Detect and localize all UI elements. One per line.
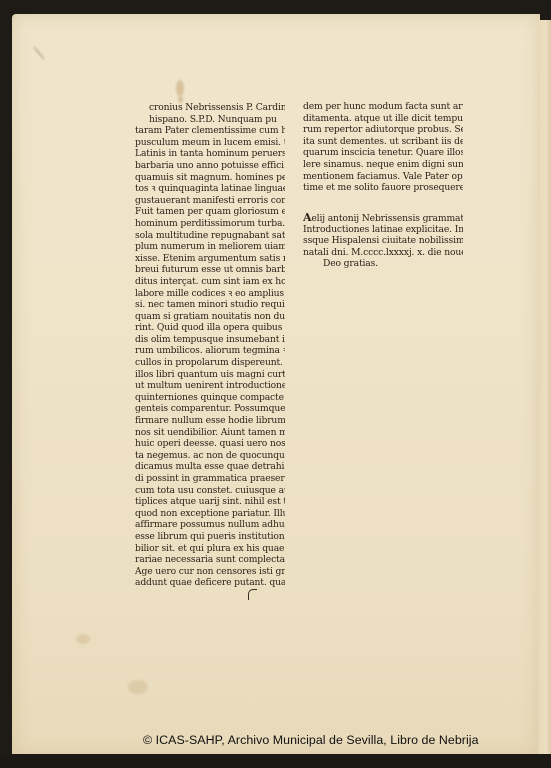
text-line: plum numerum in meliorem uiam redu — [135, 241, 285, 253]
text-line: genteis comparentur. Possumque illud a — [135, 403, 285, 415]
text-line: rum repertor adiutorque probus. Sed non — [303, 124, 463, 136]
text-line: esse librum qui pueris institutionis con… — [135, 531, 285, 543]
text-line: dem per hunc modum facta sunt artium ad — [303, 101, 463, 113]
text-line: cullos in propolarum dispereunt. Cunque — [135, 357, 285, 369]
text-line: ditamenta. atque ut ille dicit tempus es… — [303, 113, 463, 125]
text-line: mentionem faciamus. Vale Pater op — [303, 171, 463, 183]
text-line: dis olim tempusque insumebant in libro — [135, 334, 285, 346]
text-line: ut multum uenirent introductiones nostra… — [135, 380, 285, 392]
text-line: hispano. S.P.D. Nunquam pu — [135, 114, 285, 126]
text-line: firmare nullum esse hodie librum qui apu… — [135, 415, 285, 427]
text-line: bilior sit. et qui plura ex his quae rei… — [135, 543, 285, 555]
text-column-right: dem per hunc modum facta sunt artium ad … — [303, 101, 463, 194]
text-line: dicamus multa esse quae detrahi atque ad — [135, 461, 285, 473]
text-line: ita sunt dementes. ut scribant iis de re… — [303, 136, 463, 148]
text-line: quinterniones quinque compacte sex ar — [135, 392, 285, 404]
copyright-watermark: © ICAS-SAHP, Archivo Municipal de Sevill… — [143, 733, 479, 747]
text-line: gustauerant manifesti erroris conuincere — [135, 195, 285, 207]
stain-mark — [76, 634, 90, 644]
text-line: tiplices atque uarij sint. nihil est tan… — [135, 496, 285, 508]
text-line: addunt quae deficere putant. quando qui — [135, 577, 285, 589]
text-line: breui futurum esse ut omnis barbaria fun — [135, 264, 285, 276]
stain-mark — [176, 80, 184, 96]
text-line: cronius Nebrissensis P. Cardina — [135, 102, 285, 114]
text-line: hominum perditissimorum turba. ꝛ qui — [135, 218, 285, 230]
scan-border — [0, 754, 551, 768]
text-line: nos sit uendibilior. Aiunt tamen multa — [135, 427, 285, 439]
colophon-line: natali dni. M.cccc.lxxxxj. x. die nouemb… — [303, 247, 463, 259]
text-line: lere sinamus. neque enim digni sunt. quo… — [303, 159, 463, 171]
ink-mark — [248, 589, 257, 600]
colophon-line: Aelij antonij Nebrissensis grammatici — [303, 212, 463, 224]
text-column-left: cronius Nebrissensis P. Cardina hispano.… — [135, 102, 285, 589]
text-line: ditus interçat. cum sint iam ex hoc nost… — [135, 276, 285, 288]
colophon: Aelij antonij Nebrissensis grammatici In… — [303, 212, 463, 270]
text-line: rum umbilicos. aliorum tegmina ꝛ cu — [135, 345, 285, 357]
text-line: Latinis in tanta hominum peruersitate at… — [135, 148, 285, 160]
text-line: time et me solito fauore prosequere. — [303, 182, 463, 194]
colophon-line: Introductiones latinae explicitae. Impra… — [303, 224, 463, 236]
text-line: labore mille codices ꝛ eo amplius impres — [135, 288, 285, 300]
text-line: pusculum meum in lucem emisi. tantum ut — [135, 137, 285, 149]
text-line: illos libri quantum uis magni curto cetu… — [135, 369, 285, 381]
text-line: quod non exceptione pariatur. Illud tame… — [135, 508, 285, 520]
text-line: cum tota usu constet. cuiusque auctores … — [135, 485, 285, 497]
text-line: tos ꝛ quinquaginta latinae linguae delic… — [135, 183, 285, 195]
colophon-line: ssque Hispalensi ciuitate nobilissima. a… — [303, 235, 463, 247]
text-line: quarum inscicia tenetur. Quare illos ua — [303, 147, 463, 159]
text-line: si. nec tamen minori studio requirantur — [135, 299, 285, 311]
text-line: rint. Quid quod illa opera quibus edisce — [135, 322, 285, 334]
stain-mark — [128, 680, 148, 694]
text-line: di possint in grammatica praesertim quae — [135, 473, 285, 485]
text-line: barbaria uno anno potuisse effici. Et qu… — [135, 160, 285, 172]
text-line: quamuis sit magnum. homines perdi — [135, 172, 285, 184]
text-line: affirmare possumus nullum adhuc aeditum — [135, 519, 285, 531]
page-edge — [538, 20, 551, 755]
text-line: rariae necessaria sunt complectatur. — [135, 554, 285, 566]
text-line: Age uero cur non censores isti grauissim… — [135, 566, 285, 578]
text-line: quam si gratiam nouitatis non dum exue — [135, 311, 285, 323]
text-line: ta negemus. ac non de quocunque libro id — [135, 450, 285, 462]
stain-mark — [32, 45, 45, 60]
text-line: xisse. Etenim argumentum satis magnum — [135, 253, 285, 265]
text-line: Fuit tamen per quam gloriosum ex tanta — [135, 206, 285, 218]
colophon-line: Deo gratias. — [303, 258, 463, 270]
text-line: huic operi deesse. quasi uero nos manife… — [135, 438, 285, 450]
text-line: sola multitudine repugnabant satis am — [135, 230, 285, 242]
text-line: taram Pater clementissime cum hoc o — [135, 125, 285, 137]
